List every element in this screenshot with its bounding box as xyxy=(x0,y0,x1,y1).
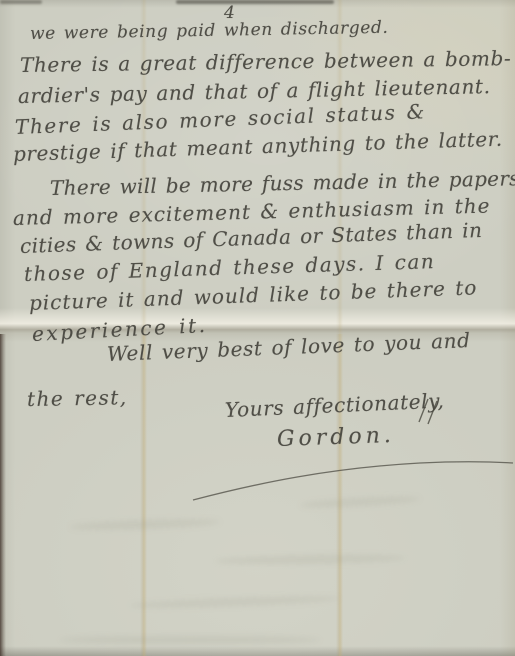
signature-flourish xyxy=(0,0,515,656)
letter-page: 4 we were being paid when discharged. Th… xyxy=(0,0,515,656)
